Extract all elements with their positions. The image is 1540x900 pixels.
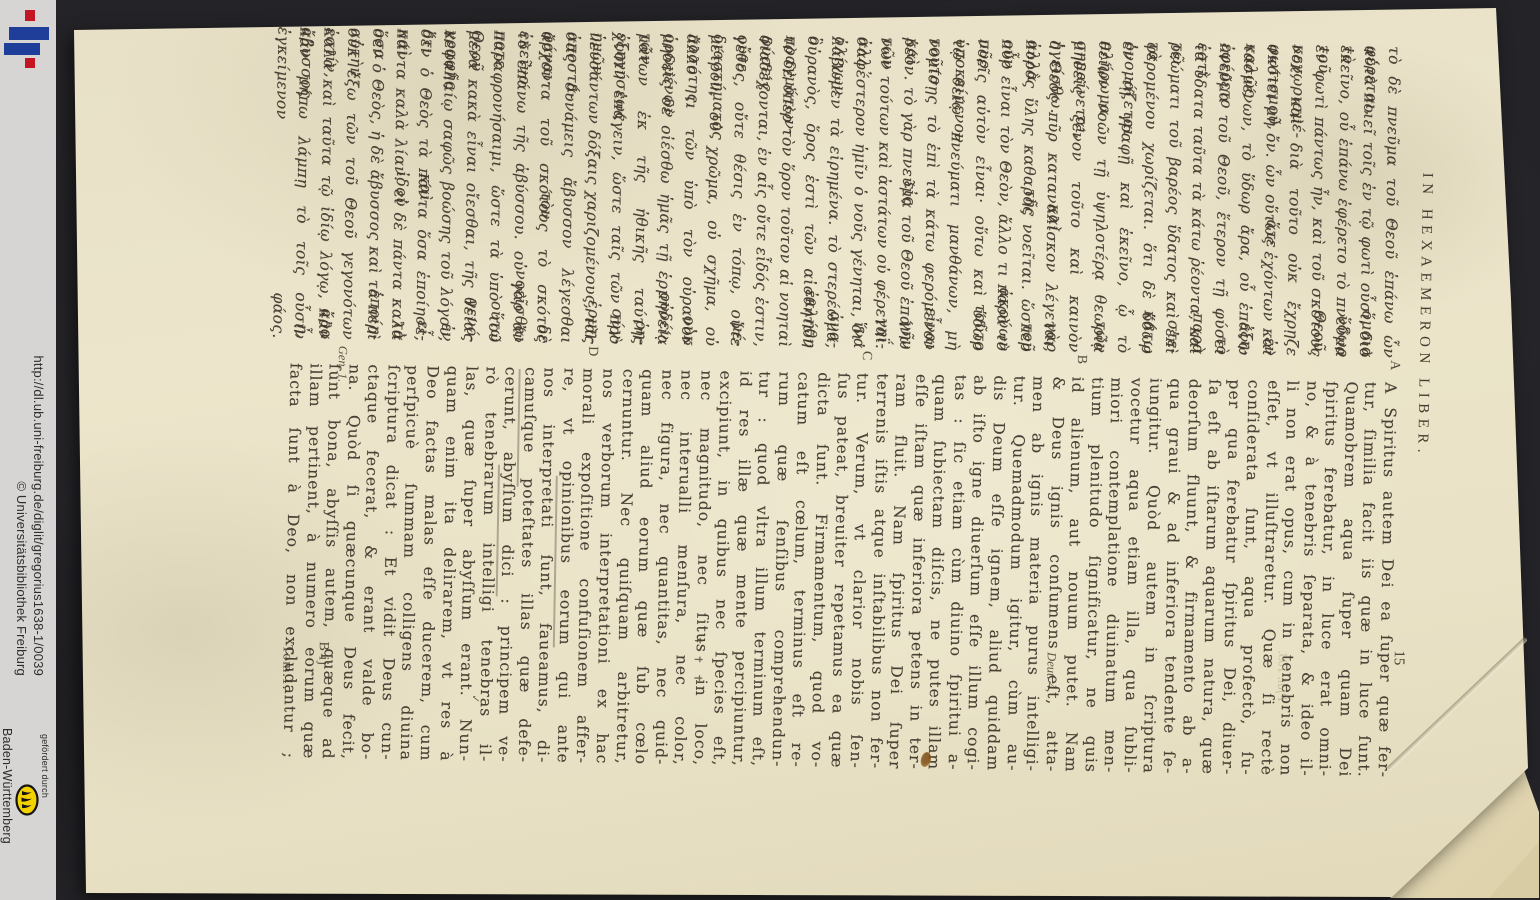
logo-blue-bar-top — [9, 27, 49, 40]
pencil-underline — [517, 369, 521, 487]
funding-block: gefördert durch Baden-Württemberg — [0, 728, 50, 888]
baden-wuerttemberg-coat-of-arms-icon — [15, 784, 39, 816]
logo-blue-bar-bottom — [4, 43, 40, 55]
logo-red-square-top — [25, 10, 35, 21]
volume-mark: Tom.1. — [278, 645, 295, 691]
pencil-underlines — [52, 0, 1502, 895]
pencil-underline — [496, 465, 500, 597]
funding-caption: gefördert durch — [40, 734, 50, 888]
pencil-underline — [553, 476, 558, 648]
logo-red-square-bottom — [25, 58, 35, 68]
digitization-metadata: http://dl.ub.uni-freiburg.de/diglit/greg… — [13, 224, 47, 676]
ub-freiburg-logo — [0, 0, 56, 72]
signature-mark: B ij — [314, 641, 330, 666]
library-metadata-strip: http://dl.ub.uni-freiburg.de/diglit/greg… — [0, 0, 56, 900]
copyright-text: © Universitätsbibliothek Freiburg — [13, 224, 30, 676]
funding-region-label: Baden-Württemberg — [0, 728, 14, 888]
page-content-rotated: IN HEXAEMERON LIBER. 15 τὸ δὲ πνεῦμα τοῦ… — [52, 0, 1502, 895]
bleedthrough-ghost-text: Pſal. 103. — [1274, 650, 1291, 701]
source-url-text: http://dl.ub.uni-freiburg.de/diglit/greg… — [30, 224, 47, 676]
